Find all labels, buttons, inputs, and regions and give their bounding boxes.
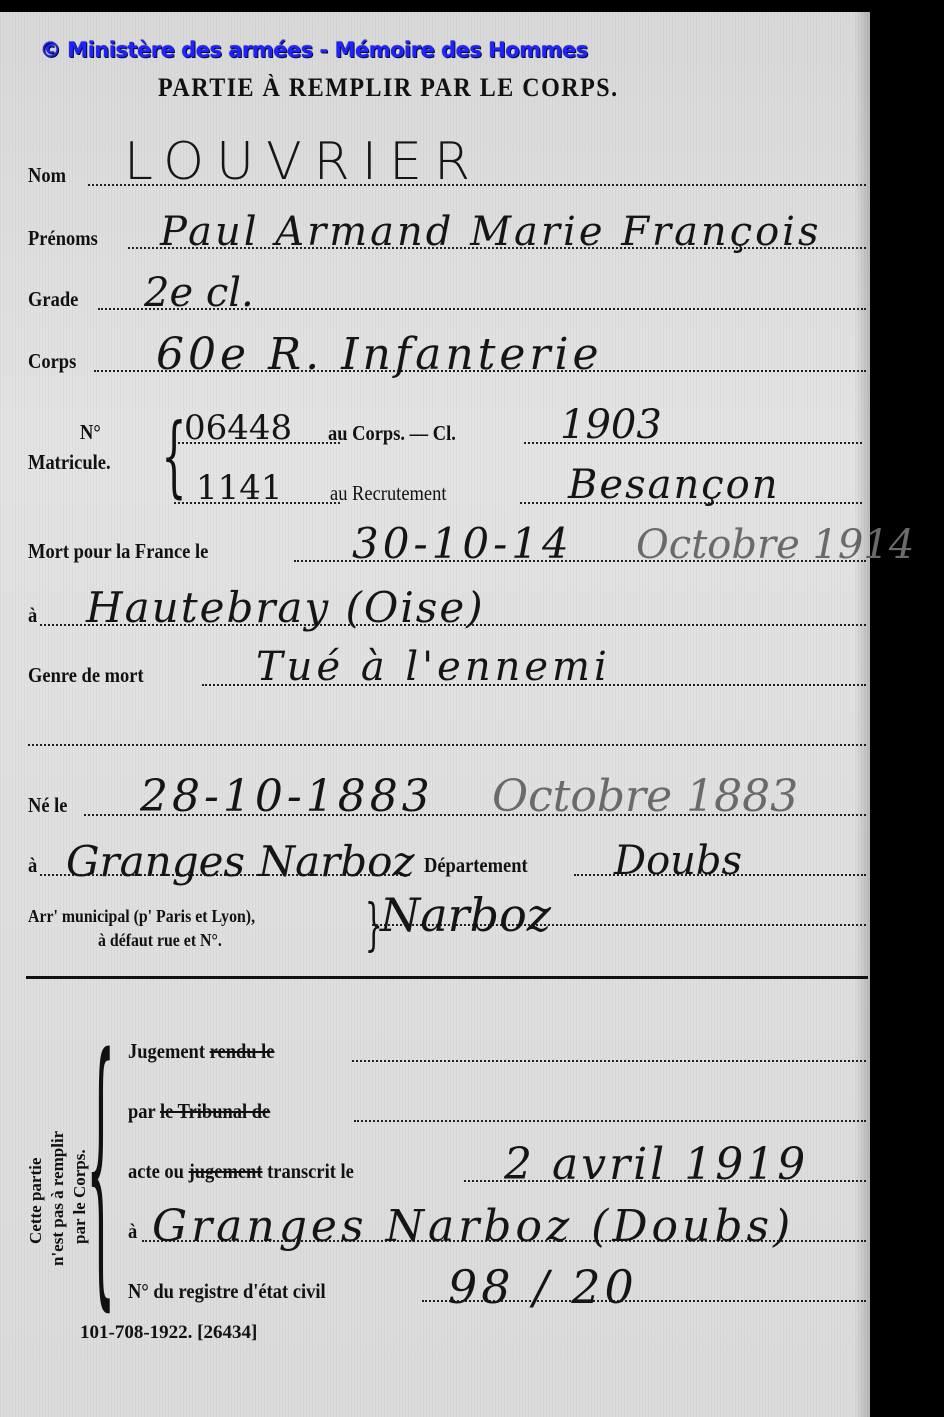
field-grade: Grade 2e cl. bbox=[26, 276, 870, 316]
registre-label: N° du registre d'état civil bbox=[128, 1279, 326, 1304]
corps-value: 60e R. Infanterie bbox=[156, 329, 603, 380]
copyright-watermark: © Ministère des armées - Mémoire des Hom… bbox=[40, 38, 588, 62]
field-tribunal: par le Tribunal de bbox=[128, 1088, 870, 1128]
field-transcrit: acte ou jugement transcrit le 2 avril 19… bbox=[128, 1148, 870, 1188]
field-lieu-mort: à Hautebray (Oise) bbox=[26, 592, 870, 632]
tribunal-struck-text: le Tribunal de bbox=[160, 1099, 270, 1123]
lieu-naissance-value: Granges Narboz bbox=[66, 837, 415, 886]
lieu-mort-value: Hautebray (Oise) bbox=[86, 583, 485, 632]
nom-label: Nom bbox=[28, 163, 66, 188]
field-corps: Corps 60e R. Infanterie bbox=[26, 338, 870, 378]
grade-label: Grade bbox=[28, 287, 78, 312]
section-divider bbox=[26, 976, 868, 979]
field-nom: Nom LOUVRIER bbox=[26, 152, 870, 192]
genre-mort-label: Genre de mort bbox=[28, 663, 144, 688]
departement-value: Doubs bbox=[614, 838, 742, 884]
jugement-struck-text: rendu le bbox=[210, 1039, 275, 1063]
side-note-line1: Cette partie bbox=[26, 1158, 46, 1244]
jugement-dotted-line bbox=[352, 1060, 866, 1062]
genre-mort-value: Tué à l'ennemi bbox=[256, 644, 611, 690]
lieu-naissance-label: à bbox=[28, 853, 37, 878]
prenoms-value: Paul Armand Marie François bbox=[160, 209, 822, 255]
naissance-date-value: 28-10-1883 bbox=[140, 771, 434, 822]
matricule-corps-row: 06448 au Corps. — Cl. 1903 bbox=[170, 410, 870, 450]
grade-value: 2e cl. bbox=[144, 270, 254, 316]
lieu-mort-label: à bbox=[28, 603, 37, 628]
transcrit-label: acte ou jugement transcrit le bbox=[128, 1159, 354, 1184]
naissance-date-annotation: Octobre 1883 bbox=[492, 771, 798, 822]
lieu-transcription-label: à bbox=[128, 1219, 137, 1244]
mort-date-annotation: Octobre 1914 bbox=[636, 522, 914, 568]
field-genre-mort: Genre de mort Tué à l'ennemi bbox=[26, 652, 870, 692]
matricule-corps-label: au Corps. — Cl. bbox=[328, 421, 456, 446]
naissance-label: Né le bbox=[28, 793, 68, 818]
matricule-recrutement-row: 1141 au Recrutement Besançon bbox=[170, 470, 870, 510]
corps-label: Corps bbox=[28, 349, 76, 374]
transcrit-struck-text: jugement bbox=[189, 1159, 263, 1183]
blank-line-row bbox=[26, 712, 870, 752]
recrutement-place-value: Besançon bbox=[568, 462, 779, 508]
recrutement-label: au Recrutement bbox=[330, 481, 446, 506]
prenoms-label: Prénoms bbox=[28, 226, 98, 251]
recrutement-value: 1141 bbox=[196, 468, 283, 508]
field-lieu-naissance: à Granges Narboz Département Doubs bbox=[26, 842, 870, 882]
death-record-card: © Ministère des armées - Mémoire des Hom… bbox=[0, 12, 870, 1417]
tribunal-dotted-line bbox=[354, 1120, 866, 1122]
transcrit-value: 2 avril 1919 bbox=[504, 1139, 808, 1190]
field-jugement: Jugement rendu le bbox=[128, 1028, 870, 1068]
nom-value: LOUVRIER bbox=[124, 132, 482, 192]
arrondissement-value: Narboz bbox=[380, 888, 551, 942]
side-note-line2: n'est pas à remplir bbox=[48, 1131, 68, 1266]
lower-section-brace: { bbox=[86, 1022, 116, 1312]
field-naissance: Né le 28-10-1883 Octobre 1883 bbox=[26, 782, 870, 822]
field-registre: N° du registre d'état civil 98 / 20 bbox=[128, 1268, 870, 1308]
form-reference: 101-708-1922. [26434] bbox=[80, 1322, 257, 1344]
field-prenoms: Prénoms Paul Armand Marie François bbox=[26, 215, 870, 255]
tribunal-label: par le Tribunal de bbox=[128, 1099, 270, 1124]
registre-value: 98 / 20 bbox=[448, 1260, 638, 1314]
jugement-label: Jugement rendu le bbox=[128, 1039, 274, 1064]
blank-dotted-line bbox=[28, 744, 866, 746]
form-header: PARTIE À REMPLIR PAR LE CORPS. bbox=[158, 74, 619, 104]
field-lieu-transcription: à Granges Narboz (Doubs) bbox=[128, 1208, 870, 1248]
mort-label: Mort pour la France le bbox=[28, 539, 208, 564]
classe-value: 1903 bbox=[560, 402, 662, 448]
departement-label: Département bbox=[424, 853, 528, 878]
lieu-transcription-value: Granges Narboz (Doubs) bbox=[152, 1201, 794, 1252]
matricule-corps-value: 06448 bbox=[184, 408, 292, 448]
mort-date-value: 30-10-14 bbox=[352, 519, 573, 568]
field-mort: Mort pour la France le 30-10-14 Octobre … bbox=[26, 528, 870, 568]
